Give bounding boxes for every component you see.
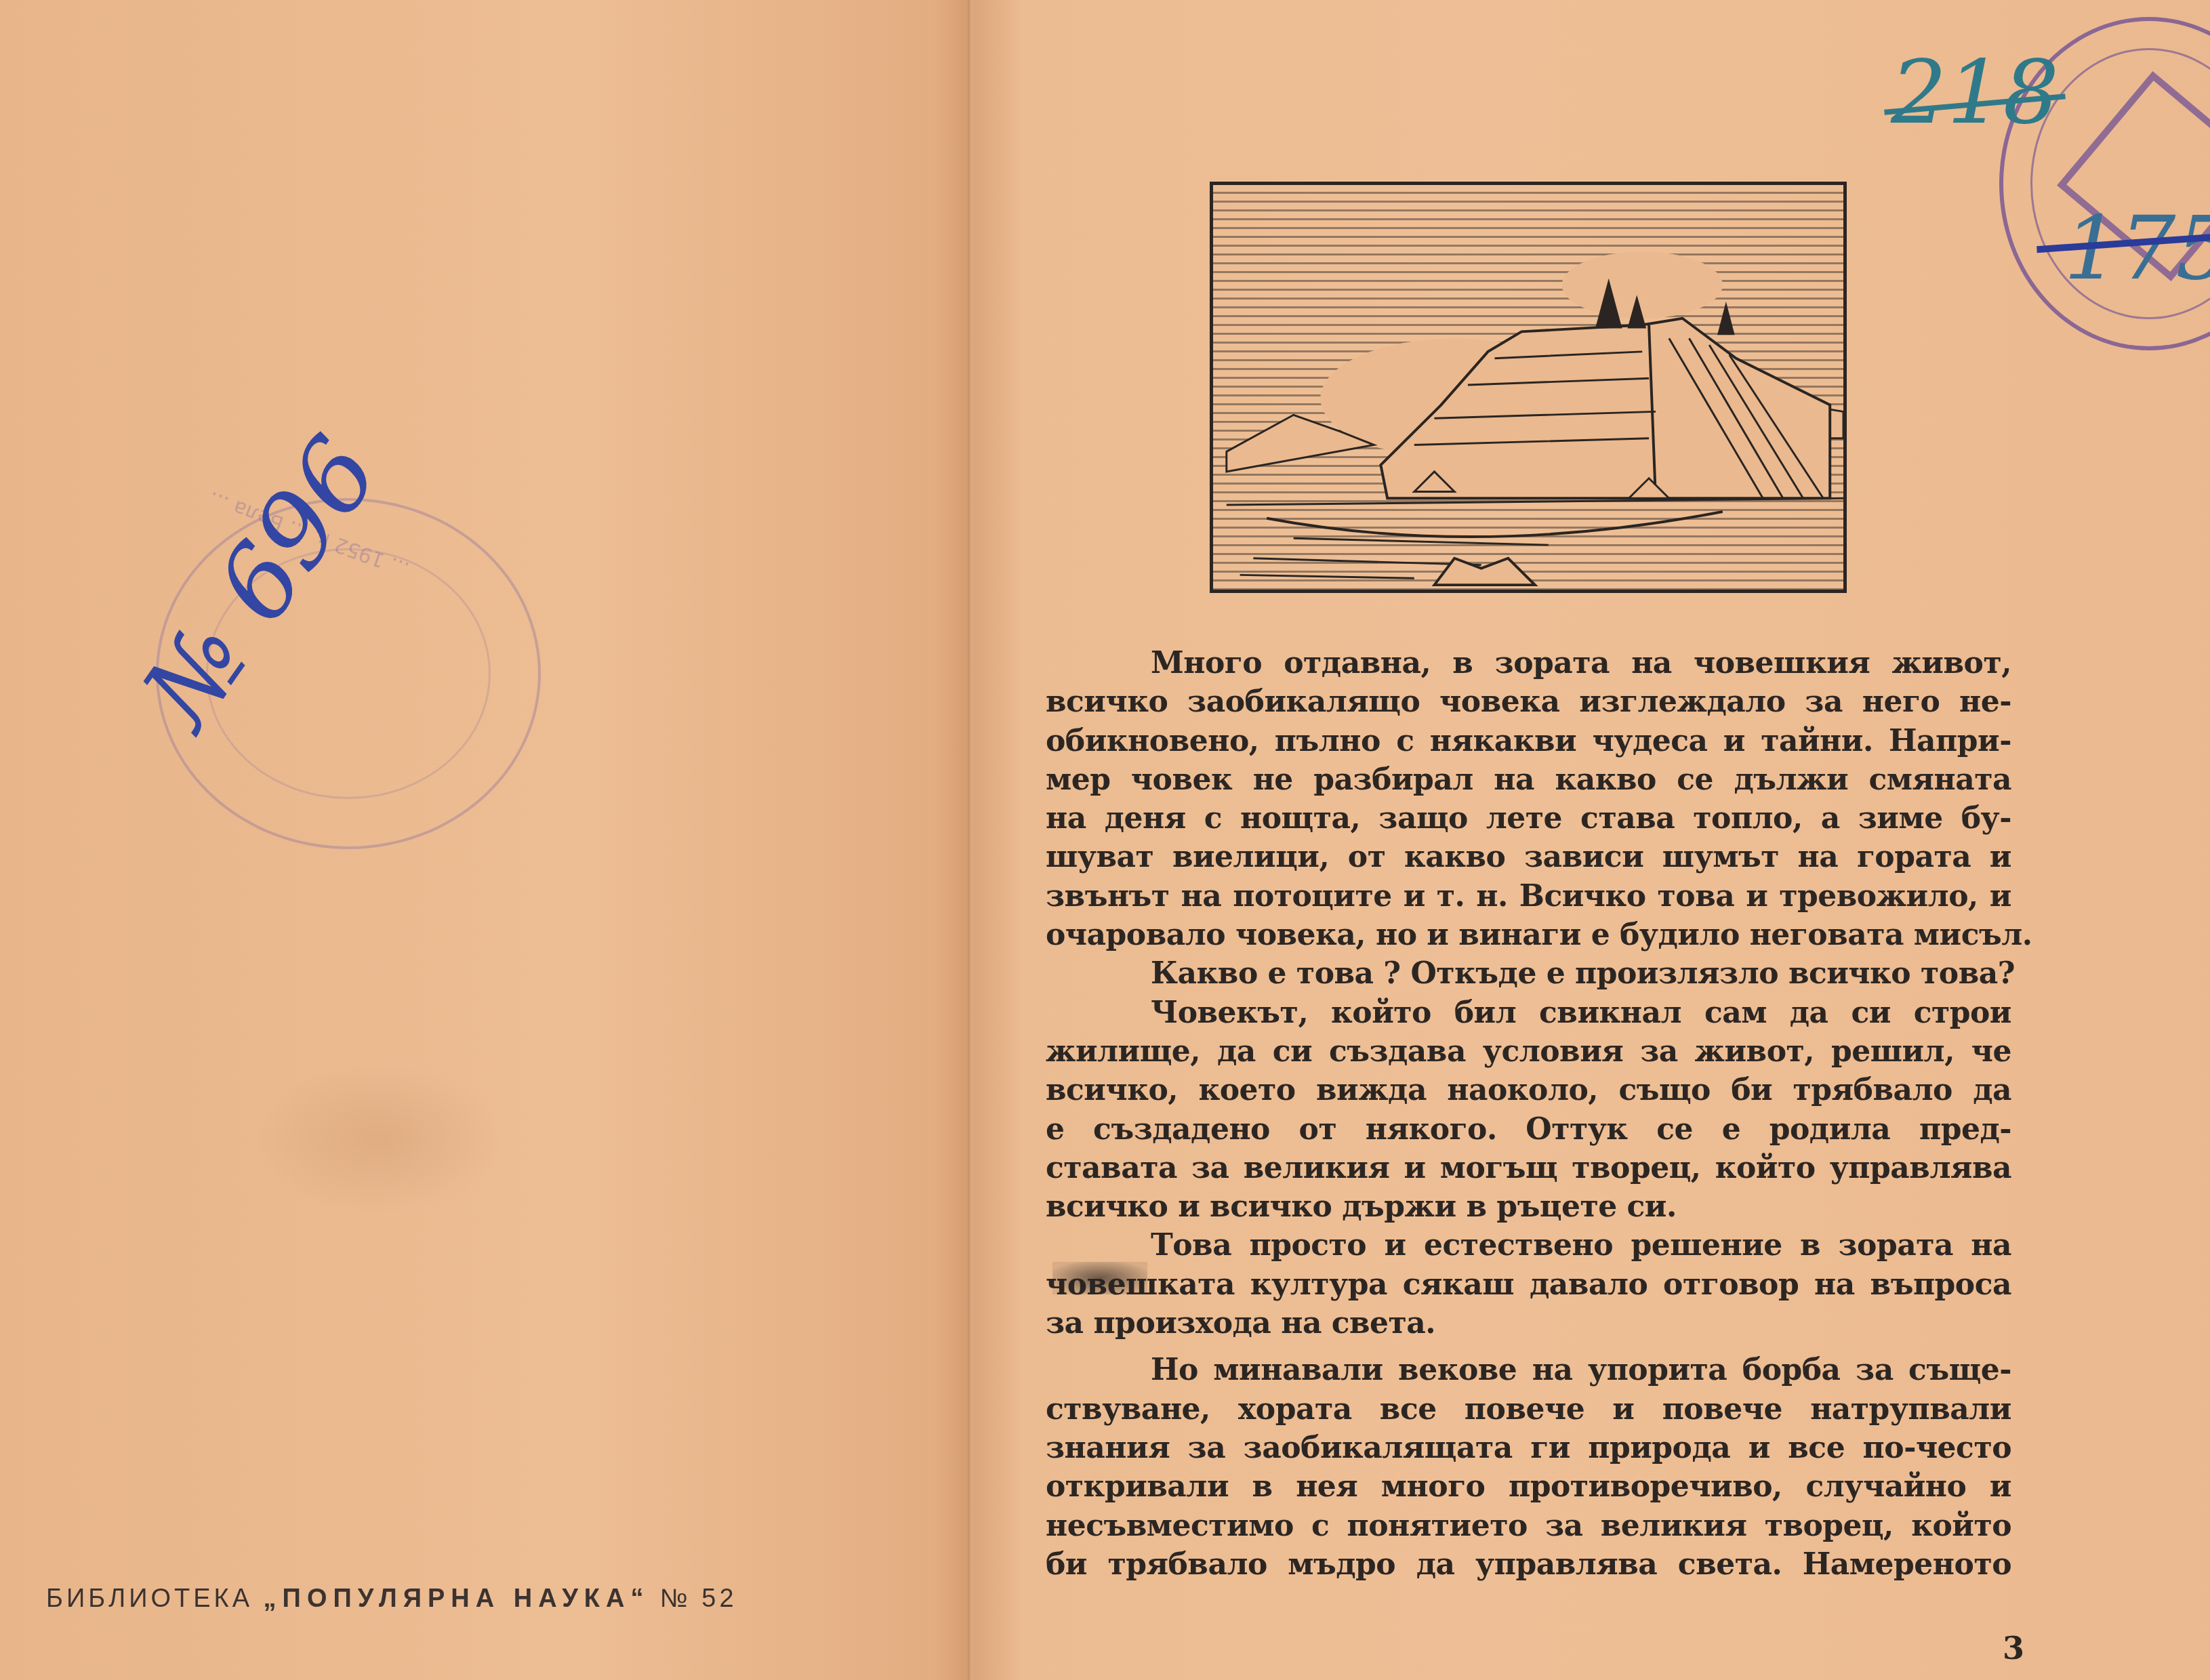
text-line: звънът на потоците и т. н. Всичко това и…: [1046, 877, 2011, 916]
text-line: Но минавали векове на упорита борба за с…: [1046, 1351, 2011, 1389]
paragraph-gap: [1046, 1343, 2011, 1351]
series-name: „ПОПУЛЯРНА НАУКА“: [264, 1584, 650, 1613]
text-line: човешката култура сякаш давало отговор н…: [1046, 1265, 2011, 1304]
series-footer: БИБЛИОТЕКА „ПОПУЛЯРНА НАУКА“ № 52: [46, 1584, 737, 1614]
text-line: всичко и всичко държи в ръцете си.: [1046, 1187, 2011, 1226]
ink-smudge: [1052, 1262, 1147, 1294]
struck-shelf-mark-1: 218: [1891, 41, 2059, 144]
text-line: всичко заобикалящо човека изглеждало за …: [1046, 682, 2011, 721]
text-line: Какво е това ? Откъде е произлязло всичк…: [1046, 954, 2011, 993]
series-number: № 52: [660, 1584, 737, 1613]
text-line: всичко, което вижда наоколо, също би тря…: [1046, 1071, 2011, 1109]
text-line: несъвместимо с понятието за великия твор…: [1046, 1507, 2011, 1545]
text-line: Много отдавна, в зората на човешкия живо…: [1046, 644, 2011, 682]
text-line: знания за заобикалящата ги природа и все…: [1046, 1429, 2011, 1467]
cliff-landscape-illustration: [1210, 182, 1847, 593]
text-line: за произхода на света.: [1046, 1304, 2011, 1343]
text-line: очаровало човека, но и винаги е будило н…: [1046, 916, 2011, 954]
book-spread: ... 1952 г. ... Бела ... № 696 БИБЛИОТЕК…: [0, 0, 2210, 1680]
landscape-engraving-icon: [1213, 185, 1843, 590]
text-line: Това просто и естествено решение в зорат…: [1046, 1226, 2011, 1265]
text-line: Човекът, който бил свикнал сам да си стр…: [1046, 993, 2011, 1032]
text-line: обикновено, пълно с някакви чудеса и тай…: [1046, 722, 2011, 760]
text-line: е създадено от някого. Оттук се е родила…: [1046, 1110, 2011, 1149]
text-line: на деня с нощта, защо лете става топло, …: [1046, 799, 2011, 838]
struck-shelf-mark-2: 175: [2064, 197, 2210, 300]
left-page: [0, 0, 973, 1680]
text-line: откривали в нея много противоречиво, слу…: [1046, 1467, 2011, 1506]
page-number: 3: [2003, 1630, 2024, 1666]
body-text: Много отдавна, в зората на човешкия живо…: [1046, 644, 2011, 1584]
text-line: ствуване, хората все повече и повече нат…: [1046, 1390, 2011, 1429]
text-line: жилище, да си създава условия за живот, …: [1046, 1032, 2011, 1071]
text-line: ставата за великия и могъщ творец, който…: [1046, 1149, 2011, 1187]
text-line: шуват виелици, от какво зависи шумът на …: [1046, 838, 2011, 876]
text-line: мер човек не разбирал на какво се дължи …: [1046, 760, 2011, 799]
text-line: би трябвало мъдро да управлява света. На…: [1046, 1545, 2011, 1584]
series-prefix: БИБЛИОТЕКА: [46, 1584, 253, 1613]
